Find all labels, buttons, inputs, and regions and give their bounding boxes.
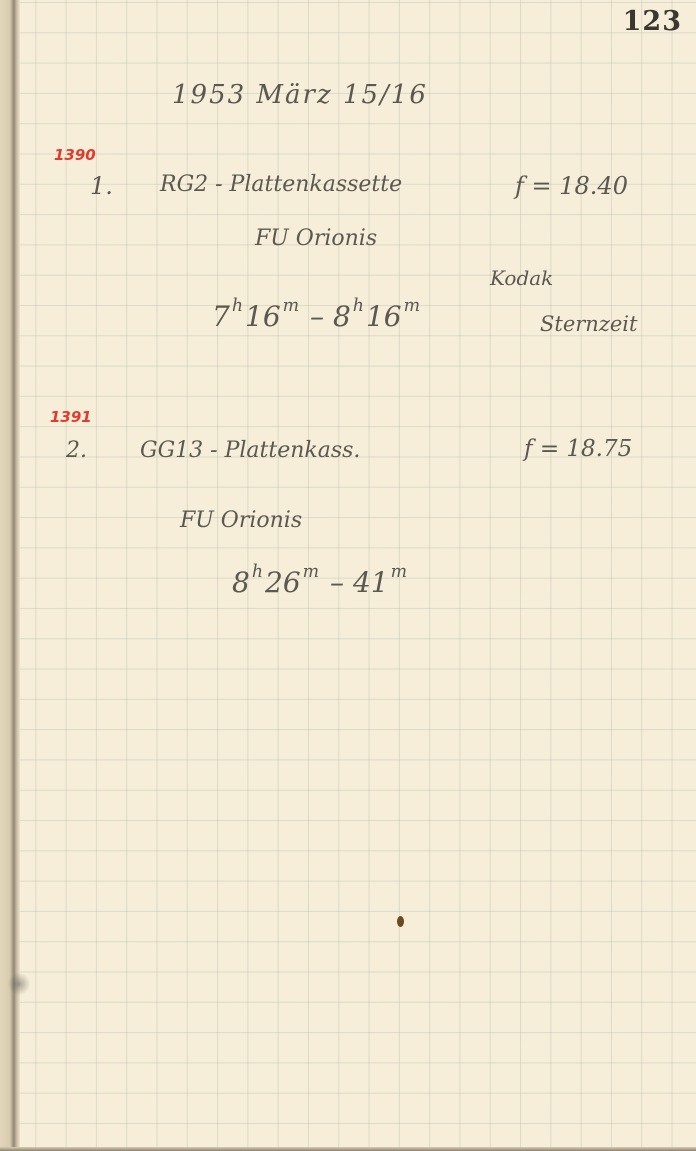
- entry-plate-2: GG13 - Plattenkass.: [140, 438, 360, 463]
- catalog-number-1390: 1390: [54, 146, 96, 164]
- entry-time-range-2: 8h26m – 41m: [232, 566, 409, 599]
- smudge-mark: [8, 972, 30, 996]
- entry-focus-1: f = 18.40: [515, 172, 628, 200]
- entry-index-2: 2.: [66, 438, 87, 463]
- time-start-hours: 7: [212, 300, 230, 333]
- time-start-minutes: 16: [245, 300, 281, 333]
- entry-index-1: 1.: [90, 172, 113, 200]
- catalog-number-1391: 1391: [50, 408, 92, 426]
- entry-target-2: FU Orionis: [180, 508, 302, 533]
- page-bottom-edge: [0, 1147, 696, 1151]
- entry-time-system-1: Sternzeit: [540, 312, 637, 336]
- ink-stain: [397, 916, 404, 927]
- entry-focus-2: f = 18.75: [524, 436, 632, 462]
- entry-plate-type-note-1: Kodak: [490, 266, 553, 290]
- entry-time-range-1: 7h16m – 8h16m: [212, 300, 422, 333]
- time-start-minutes: 26: [265, 566, 301, 599]
- time-end-minutes: 16: [366, 300, 402, 333]
- entry-target-1: FU Orionis: [255, 226, 377, 251]
- page-number: 123: [623, 6, 682, 37]
- time-end-minutes: 41: [353, 566, 389, 599]
- time-start-hours: 8: [232, 566, 250, 599]
- entry-plate-1: RG2 - Plattenkassette: [160, 172, 402, 197]
- time-end-hours: 8: [333, 300, 351, 333]
- date-header: 1953 März 15/16: [172, 80, 428, 110]
- notebook-page: 123 1953 März 15/16 1390 1. RG2 - Platte…: [0, 0, 696, 1151]
